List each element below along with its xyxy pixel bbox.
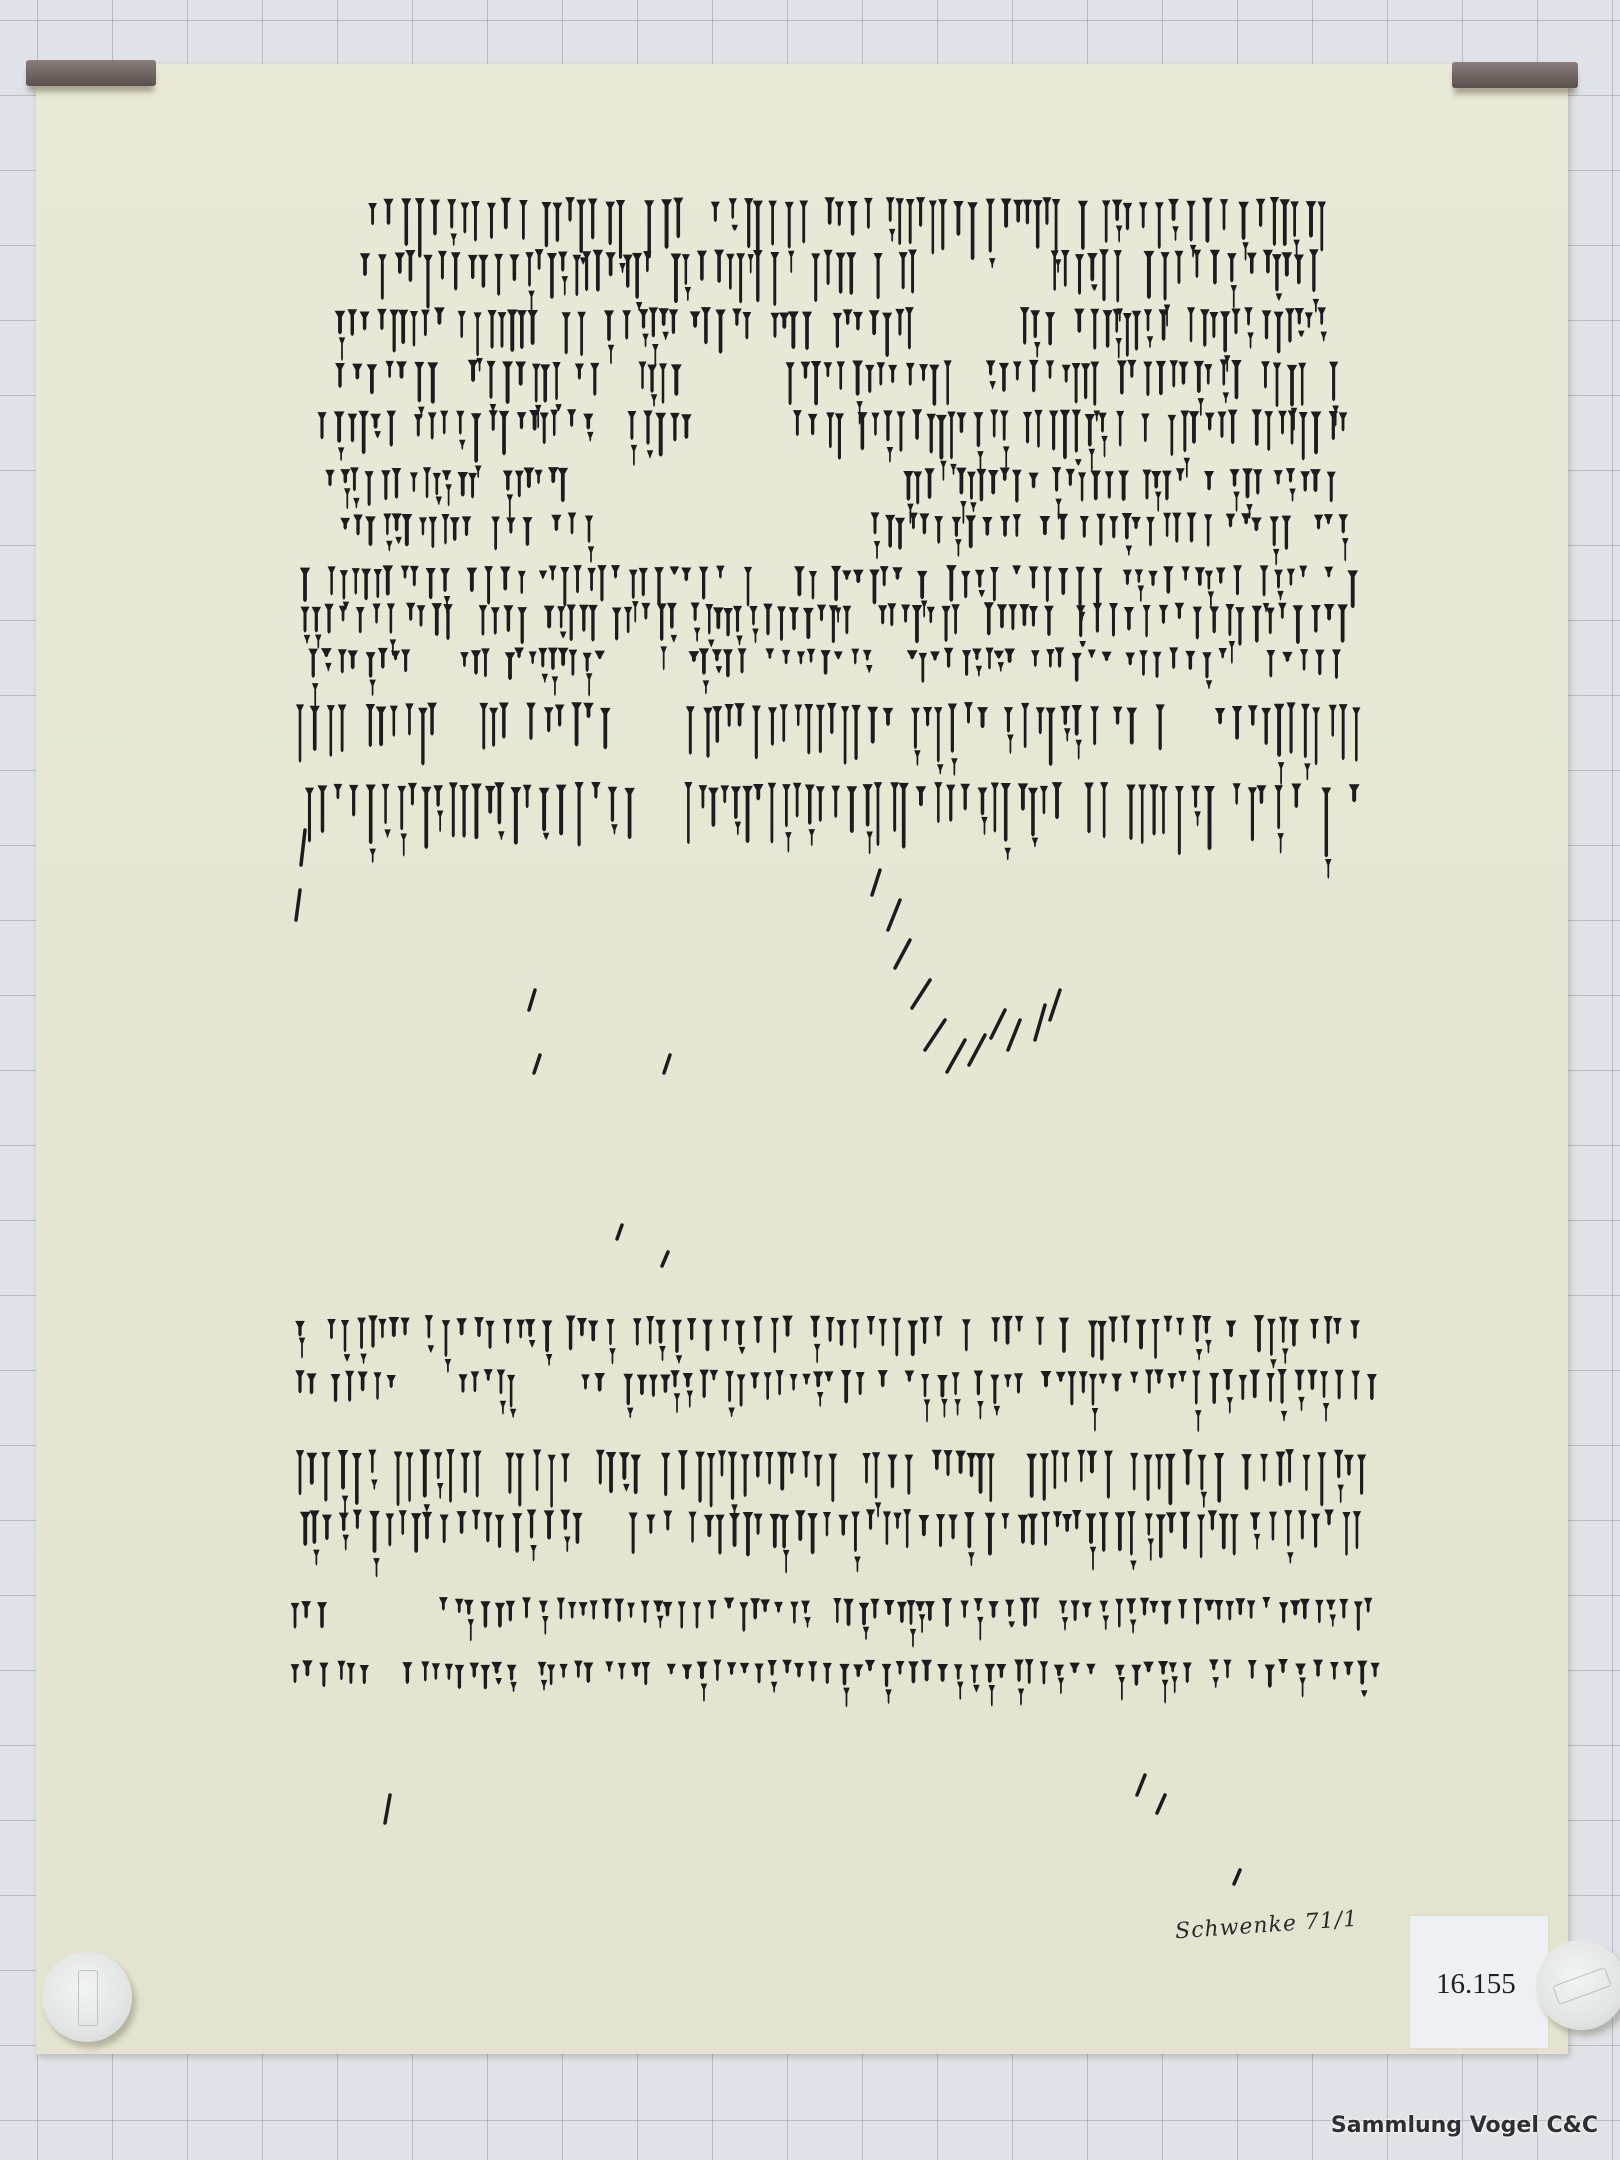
catalog-number: 16.155	[1436, 1968, 1516, 2001]
magnet-button-right	[1536, 1940, 1620, 2030]
magnet-button-left	[42, 1952, 132, 2042]
catalog-label: 16.155	[1410, 1916, 1548, 2048]
collection-watermark: Sammlung Vogel C&C	[1331, 2113, 1598, 2138]
ink-drip-drawing	[0, 0, 1620, 2160]
